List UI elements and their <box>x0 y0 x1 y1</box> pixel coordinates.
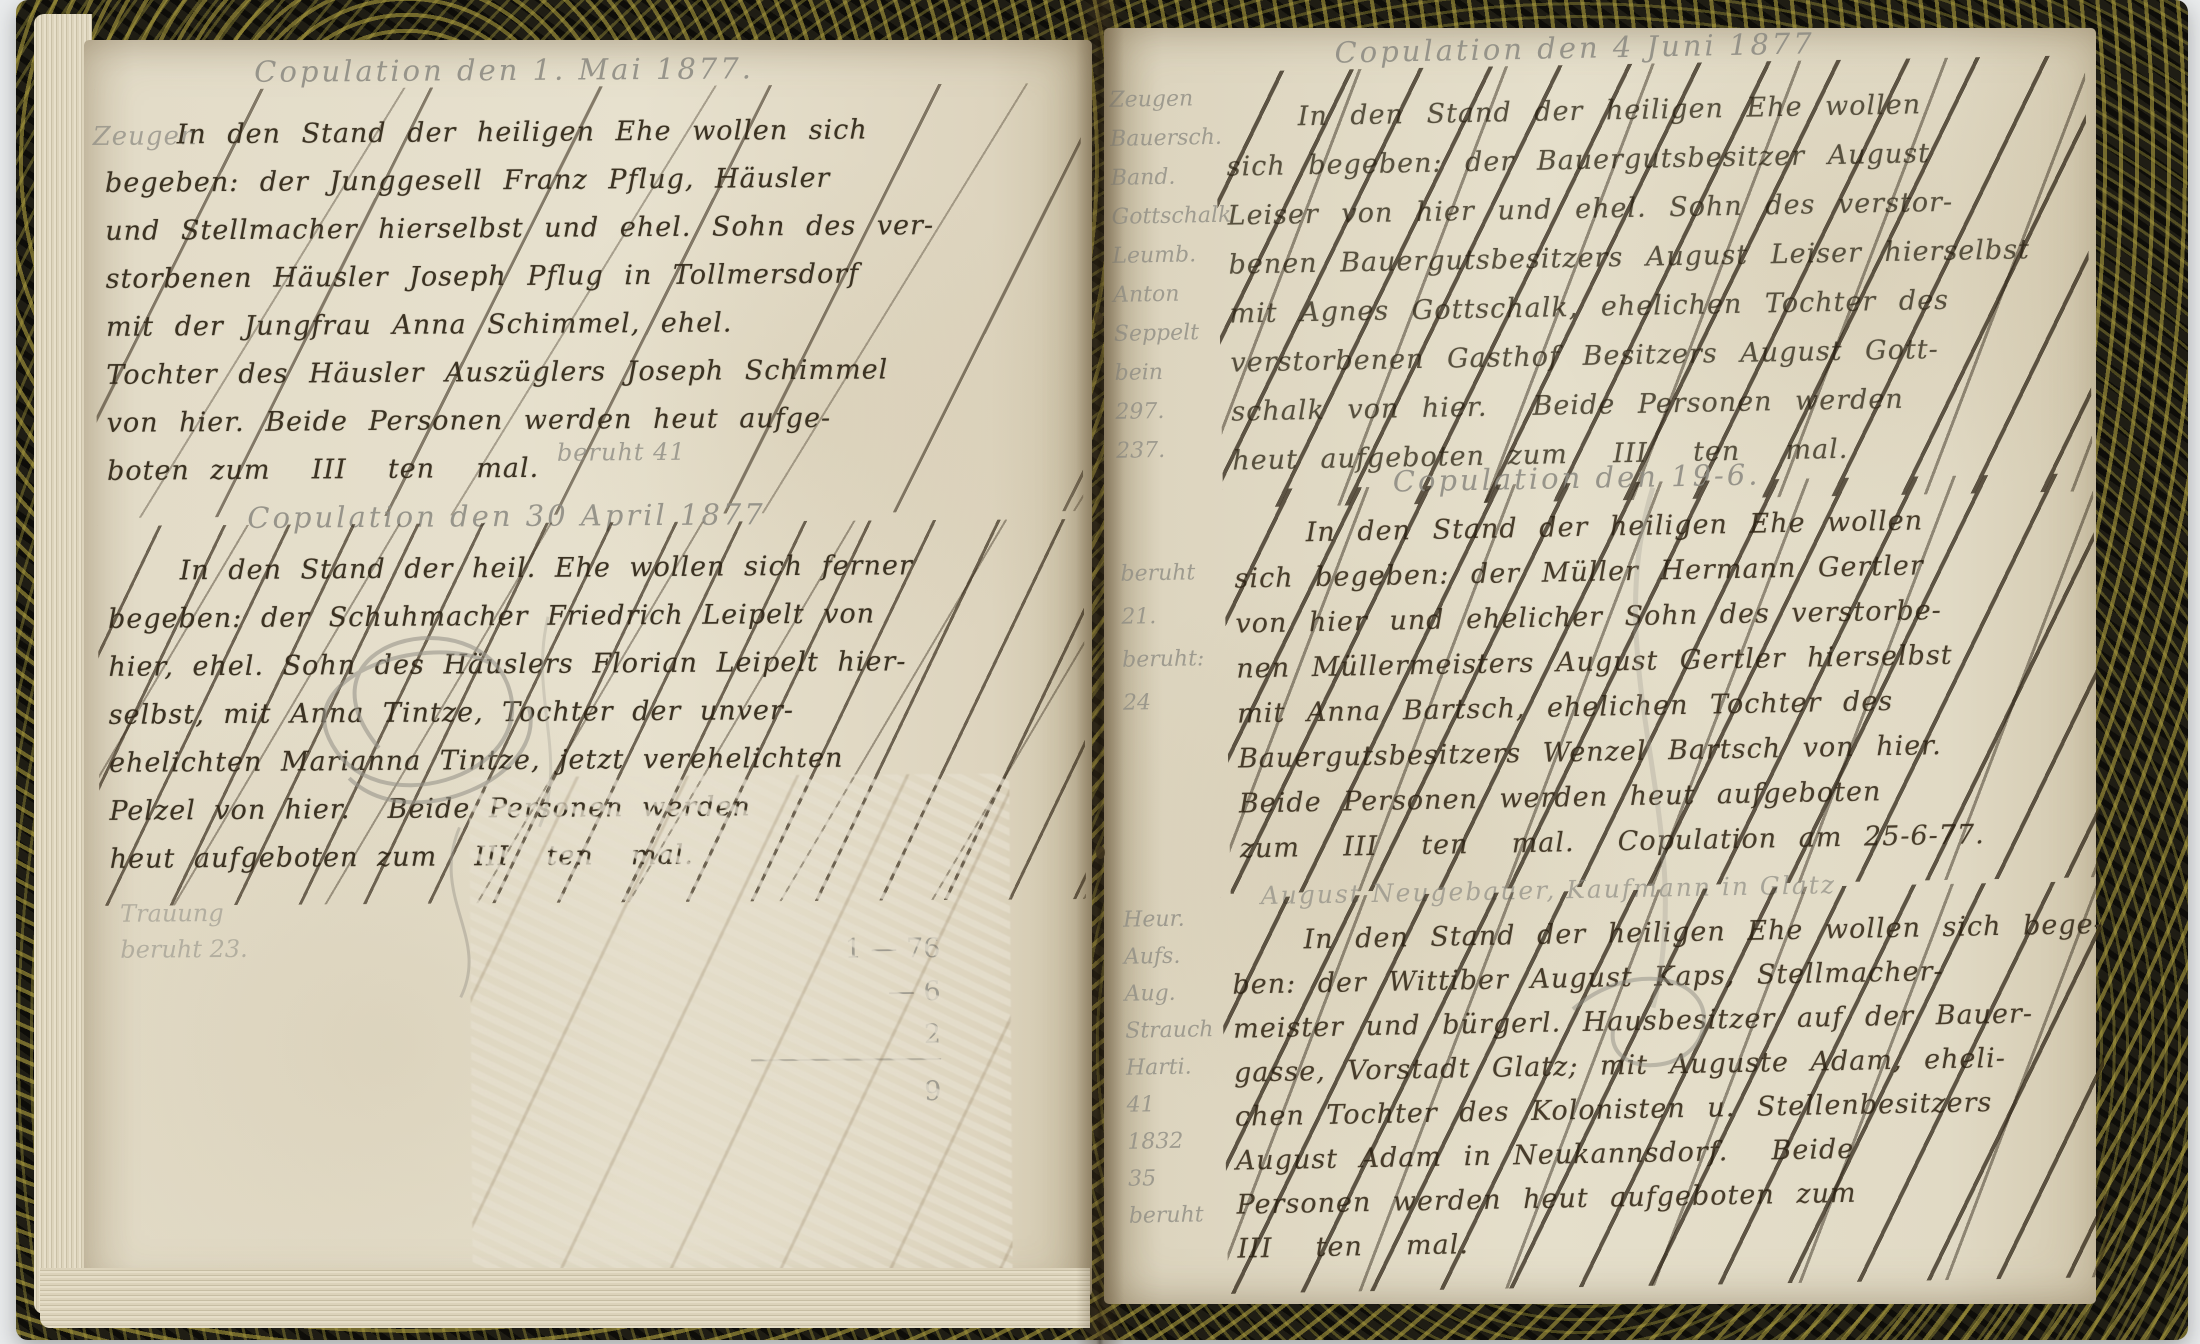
handwriting-line: Trauung <box>120 895 248 932</box>
handwriting-line: und Stellmacher hierselbst und ehel. Soh… <box>105 201 1071 256</box>
pencil-faint-notes: Trauungberuht 23. <box>120 895 248 968</box>
scanned-register-book: Zeugen Copulation den 1. Mai 1877. In de… <box>0 0 2200 1344</box>
handwriting-line: begeben: der Schuhmacher Friedrich Leipe… <box>108 589 1074 644</box>
right-page-content: Copulation den 4 Juni 1877 ZeugenBauersc… <box>1104 9 2120 1304</box>
entry-date-header: Copulation den 19-6. <box>1392 457 1760 498</box>
banns-entry-gertler-bartsch: In den Stand der heiligen Ehe wollensich… <box>1233 495 2090 871</box>
handwriting-line: Heur. <box>1123 906 1212 933</box>
handwriting-line: 21. <box>1121 603 1204 630</box>
handwriting-line: Seppelt <box>1114 320 1234 347</box>
entry-date-header: Copulation den 30 April 1877 <box>247 497 766 535</box>
banns-entry-leiser-gottschalk: In den Stand der heiligen Ehe wollensich… <box>1225 77 2082 485</box>
handwriting-line: Band. <box>1111 164 1231 191</box>
left-page-content: Zeugen Copulation den 1. Mai 1877. In de… <box>84 33 1101 1296</box>
handwriting-line: beruht: <box>1122 646 1205 673</box>
handwriting-line: In den Stand der heiligen Ehe wollen sic… <box>105 105 1071 160</box>
banns-entry-kaps-adam: In den Stand der heiligen Ehe wollen sic… <box>1231 903 2098 1271</box>
handwriting-line: Aug. <box>1124 980 1213 1007</box>
margin-annotations: ZeugenBauersch.Band.GottschalkLeumb.Anto… <box>1109 86 1236 464</box>
handwriting-line: 41 <box>1126 1091 1215 1118</box>
handwriting-line: mit der Jungfrau Anna Schimmel, ehel. <box>106 297 1072 352</box>
handwriting-line: 35 <box>1128 1165 1217 1192</box>
handwriting-line: Gottschalk <box>1111 203 1231 230</box>
handwriting-line: Zeugen <box>1109 86 1229 113</box>
binding-speck <box>1094 312 1103 325</box>
handwriting-line: begeben: der Junggesell Franz Pflug, Häu… <box>105 153 1071 208</box>
entry-date-header: Copulation den 4 Juni 1877 <box>1334 26 1815 69</box>
right-page: Copulation den 4 Juni 1877 ZeugenBauersc… <box>1104 28 2096 1304</box>
entry-date-header: Copulation den 1. Mai 1877. <box>254 51 754 88</box>
handwriting-line: In den Stand der heil. Ehe wollen sich f… <box>108 541 1074 596</box>
ink-offset-marks <box>469 774 1012 1278</box>
handwriting-line: Leumb. <box>1112 242 1232 269</box>
pencil-interline-note: August Neugebauer, Kaufmann in Glatz <box>1260 867 2020 911</box>
margin-annotations: beruht21.beruht:24 <box>1120 560 1205 716</box>
handwriting-line: Aufs. <box>1124 943 1213 970</box>
handwriting-line: hier, ehel. Sohn des Häuslers Florian Le… <box>108 637 1074 692</box>
margin-annotations: Heur.Aufs.Aug.StrauchHarti.41183235beruh… <box>1123 906 1217 1229</box>
handwriting-line: 297. <box>1115 398 1235 425</box>
handwriting-line: Bauersch. <box>1110 125 1230 152</box>
binding-speck <box>1096 846 1105 859</box>
left-page: Zeugen Copulation den 1. Mai 1877. In de… <box>84 40 1092 1296</box>
handwriting-line: Tochter des Häusler Auszüglers Joseph Sc… <box>106 345 1072 400</box>
handwriting-line: Anton <box>1113 281 1233 308</box>
banns-entry-pflug-schimmel: In den Stand der heiligen Ehe wollen sic… <box>105 105 1074 496</box>
page-edges-bottom <box>40 1268 1090 1328</box>
handwriting-line: storbenen Häusler Joseph Pflug in Tollme… <box>106 249 1072 304</box>
handwriting-line: 237. <box>1116 437 1236 464</box>
handwriting-line: 24 <box>1123 689 1206 716</box>
handwriting-line: Strauch <box>1125 1017 1214 1044</box>
handwriting-line: 1832 <box>1127 1128 1216 1155</box>
handwriting-line: beruht 23. <box>120 931 248 968</box>
handwriting-line: beruht <box>1129 1202 1218 1229</box>
handwriting-line: beruht <box>1120 560 1203 587</box>
handwriting-line: bein <box>1114 359 1234 386</box>
handwriting-line: selbst, mit Anna Tintze, Tochter der unv… <box>109 685 1075 740</box>
pencil-side-note: beruht 41 <box>557 438 686 467</box>
handwriting-line: Harti. <box>1126 1054 1215 1081</box>
